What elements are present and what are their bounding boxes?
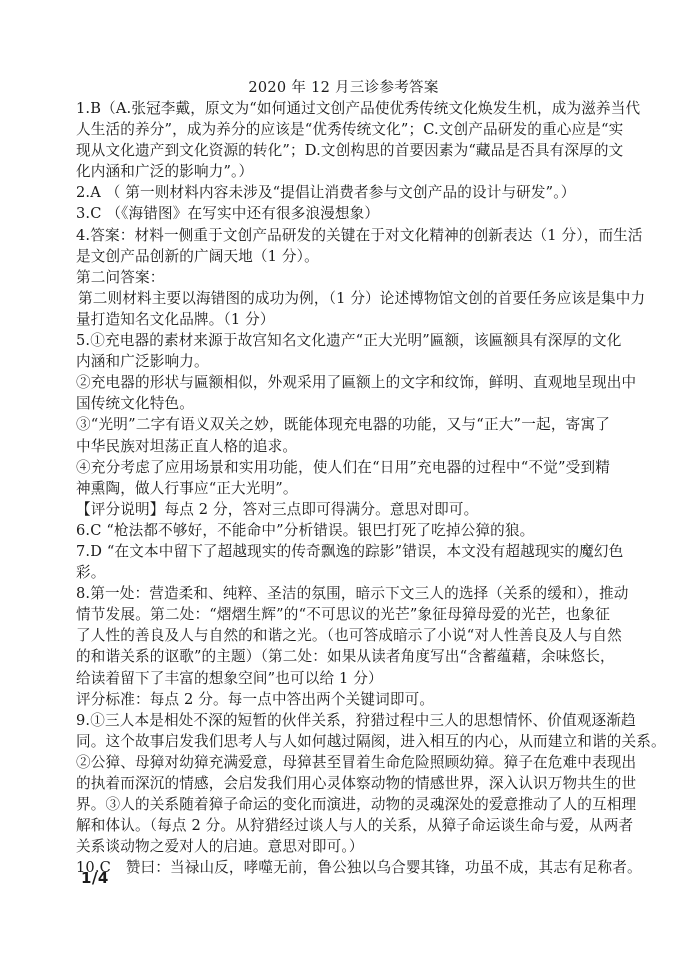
text-line: 3.C （《海错图》在写实中还有很多浪漫想象）: [76, 203, 610, 224]
text-line: 第二则材料主要以海错图的成功为例，（1 分）论述博物馆文创的首要任务应该是集中力: [76, 288, 610, 309]
document-body: 1.B（A.张冠李戴，原文为“如何通过文创产品使优秀传统文化焕发生机，成为滋养当…: [76, 98, 610, 878]
text-line: 给读着留下了丰富的想象空间”也可以给 1 分）: [76, 668, 610, 689]
text-line: 情节发展。第二处：“熠熠生辉”的“不可思议的光芒”象征母獐母爱的光芒，也象征: [76, 604, 610, 625]
document-title: 2020 年 12 月三诊参考答案: [0, 78, 687, 98]
text-line: 2.A （ 第一则材料内容未涉及“提倡让消费者参与文创产品的设计与研发”。）: [76, 182, 610, 203]
text-line: 6.C “枪法都不够好，不能命中”分析错误。银巴打死了吃掉公獐的狼。: [76, 520, 610, 541]
text-line: 4.答案：材料一侧重于文创产品研发的关键在于对文化精神的创新表达（1 分），而生…: [76, 225, 610, 246]
page-indicator: 1/4: [81, 869, 109, 887]
text-line: 界。③人的关系随着獐子命运的变化而演进，动物的灵魂深处的爱意推动了人的互相理: [76, 794, 610, 815]
text-line: 人生活的养分”，成为养分的应该是“优秀传统文化”；C.文创产品研发的重心应是“实: [76, 119, 610, 140]
text-line: 国传统文化特色。: [76, 393, 610, 414]
text-line: 的执着而深沉的情感，会启发我们用心灵体察动物的情感世界，深入认识万物共生的世: [76, 773, 610, 794]
text-line: 彩。: [76, 562, 610, 583]
text-line: 9.①三人本是相处不深的短暂的伙伴关系，狩猎过程中三人的思想情怀、价值观逐渐趋: [76, 710, 610, 731]
text-line: 是文创产品创新的广阔天地（1 分）。: [76, 246, 610, 267]
text-line: ②公獐、母獐对幼獐充满爱意，母獐甚至冒着生命危险照顾幼獐。獐子在危难中表现出: [76, 752, 610, 773]
text-line: 10.C 赞曰：当禄山反，哮噬无前，鲁公独以乌合婴其锋，功虽不成，其志有足称者。: [76, 857, 610, 878]
text-line: 的和谐关系的讴歌”的主题）（第二处：如果从读者角度写出“含蓄蕴藉，余味悠长，: [76, 646, 610, 667]
text-line: 1.B（A.张冠李戴，原文为“如何通过文创产品使优秀传统文化焕发生机，成为滋养当…: [76, 98, 610, 119]
text-line: 第二问答案：: [76, 267, 610, 288]
text-line: ④充分考虑了应用场景和实用功能，使人们在“日用”充电器的过程中“不觉”受到精: [76, 457, 610, 478]
text-line: 关系谈动物之爱对人的启迪。意思对即可。）: [76, 836, 610, 857]
text-line: 了人性的善良及人与自然的和谐之光。（也可答成暗示了小说“对人性善良及人与自然: [76, 625, 610, 646]
document-page: 2020 年 12 月三诊参考答案 1.B（A.张冠李戴，原文为“如何通过文创产…: [0, 0, 687, 971]
text-line: 现从文化遗产到文化资源的转化”；D.文创构思的首要因素为“藏品是否具有深厚的文: [76, 140, 610, 161]
text-line: ③“光明”二字有语义双关之妙，既能体现充电器的功能，又与“正大”一起，寄寓了: [76, 414, 610, 435]
text-line: 7.D “在文本中留下了超越现实的传奇飘逸的踪影”错误，本文没有超越现实的魔幻色: [76, 541, 610, 562]
text-line: 化内涵和广泛的影响力”。）: [76, 161, 610, 182]
text-line: 中华民族对坦荡正直人格的追求。: [76, 436, 610, 457]
text-line: ②充电器的形状与匾额相似，外观采用了匾额上的文字和纹饰，鲜明、直观地呈现出中: [76, 372, 610, 393]
text-line: 评分标准：每点 2 分。每一点中答出两个关键词即可。: [76, 689, 610, 710]
text-line: 神熏陶，做人行事应“正大光明”。: [76, 478, 610, 499]
text-line: 同。这个故事启发我们思考人与人如何越过隔阂，进入相互的内心，从而建立和谐的关系。: [76, 731, 610, 752]
text-line: 解和体认。（每点 2 分。从狩猎经过谈人与人的关系，从獐子命运谈生命与爱，从两者: [76, 815, 610, 836]
text-line: 5.①充电器的素材来源于故宫知名文化遗产“正大光明”匾额，该匾额具有深厚的文化: [76, 330, 610, 351]
text-line: 量打造知名文化品牌。（1 分）: [76, 309, 610, 330]
text-line: 【评分说明】每点 2 分，答对三点即可得满分。意思对即可。: [76, 499, 610, 520]
text-line: 8.第一处：营造柔和、纯粹、圣洁的氛围，暗示下文三人的选择（关系的缓和），推动: [76, 583, 610, 604]
text-line: 内涵和广泛影响力。: [76, 351, 610, 372]
